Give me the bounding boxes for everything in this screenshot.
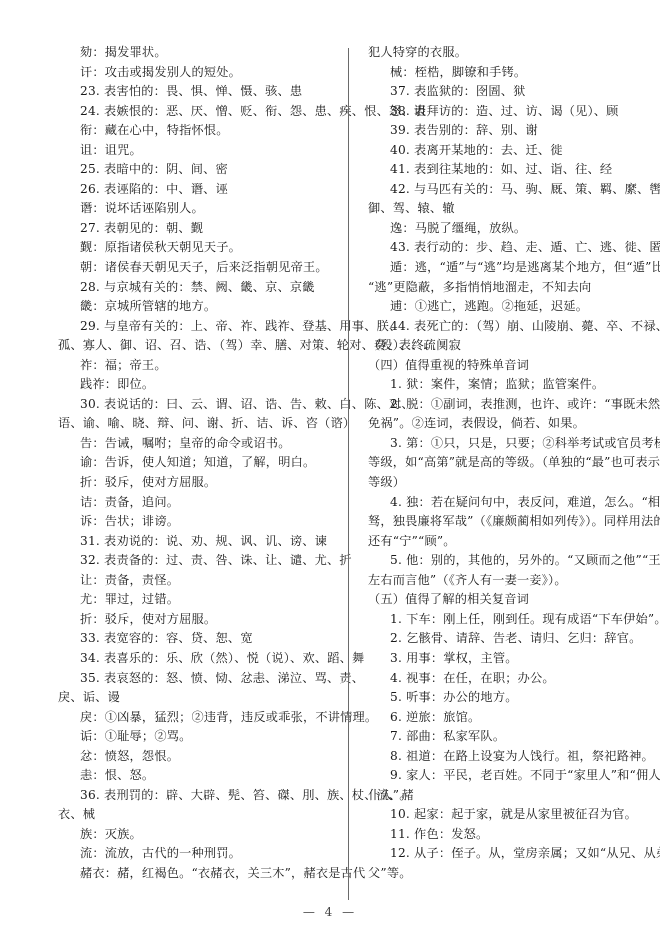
text-line: 等级，如“高第”就是高的等级。（单独的“最”也可表示 [368,453,650,473]
text-line: 戾、诟、谩 [58,688,343,708]
text-line: 御、驾、辕、辙 [368,199,650,219]
text-line: 流：流放，古代的一种刑罚。 [58,844,343,864]
text-line: 诅：诅咒。 [58,141,343,161]
text-line: 畿：京城所管辖的地方。 [58,297,343,317]
text-line: 仆人”。 [368,786,650,806]
text-line: 逸：马脱了缰绳，放纵。 [368,219,650,239]
text-line: 9. 家人：平民，老百姓。不同于“家里人”和“佣人、 [368,766,650,786]
text-line: 朝：诸侯春天朝见天子，后来泛指朝见帝王。 [58,258,343,278]
text-line: （殁）、终、阒寂 [368,336,650,356]
text-line: 32. 表责备的：过、责、咎、诛、让、谴、尤、折 [58,551,343,571]
text-line: 36. 表刑罚的：辟、大辟、髡、笞、磔、刖、族、杖、流、赭 [58,786,343,806]
text-line: 11. 作色：发怒。 [368,825,650,845]
text-line: 12. 从子：侄子。从，堂房亲属；又如“从兄、从弟、从 [368,844,650,864]
text-line: 诘：责备，追问。 [58,493,343,513]
text-line: 衣、械 [58,805,343,825]
text-line: 折：驳斥，使对方屈服。 [58,473,343,493]
text-line: 告：告诫，嘱咐；皇帝的命令或诏书。 [58,434,343,454]
text-line: 42. 与马匹有关的：马、驹、厩、策、羁、縻、辔、逸、驭、 [368,180,650,200]
text-line: 28. 与京城有关的：禁、阙、畿、京、京畿 [58,278,343,298]
text-line: 驽，独畏廉将军哉”（《廉颇蔺相如列传》）。同样用法的 [368,512,650,532]
text-line: 8. 祖道：在路上设宴为人饯行。祖，祭祀路神。 [368,747,650,767]
text-line: 犯人特穿的衣服。 [368,43,650,63]
text-line: 26. 表诬陷的：中、谮、诬 [58,180,343,200]
page-number: — 4 — [0,905,660,919]
text-line: 衔：藏在心中，特指怀恨。 [58,121,343,141]
text-line: 4. 独：若在疑问句中，表反问，难道，怎么。“相如虽 [368,493,650,513]
text-line: 27. 表朝见的：朝、觐 [58,219,343,239]
left-column: 劾：揭发罪状。讦：攻击或揭发别人的短处。23. 表害怕的：畏、惧、惮、慑、骇、患… [58,43,343,884]
column-divider [348,48,349,900]
text-line: （四）值得重视的特殊单音词 [368,356,650,376]
text-line: （五）值得了解的相关复音词 [368,590,650,610]
text-line: 1. 狱：案件，案情；监狱；监管案件。 [368,375,650,395]
text-line: 1. 下车：刚上任，刚到任。现有成语“下车伊始”。 [368,610,650,630]
text-line: 40. 表离开某地的：去、迁、徙 [368,141,650,161]
text-line: 6. 逆旅：旅馆。 [368,708,650,728]
text-line: 让：责备，责怪。 [58,571,343,591]
text-line: 24. 表嫉恨的：恶、厌、憎、贬、衔、怨、患、疾、恨、怒、诅 [58,102,343,122]
text-line: 34. 表喜乐的：乐、欣（然）、悦（说）、欢、蹈、舞 [58,649,343,669]
text-line: 2. 乞骸骨、请辞、告老、请归、乞归：辞官。 [368,629,650,649]
text-line: 谮：说坏话诬陷别人。 [58,199,343,219]
text-line: 43. 表行动的：步、趋、走、遁、亡、逃、徙、匿、逋 [368,238,650,258]
text-line: 折：驳斥，使对方屈服。 [58,610,343,630]
text-line: 恚：恨、怒。 [58,766,343,786]
text-line: 33. 表宽容的：容、贷、恕、宽 [58,629,343,649]
text-line: 39. 表告别的：辞、别、谢 [368,121,650,141]
text-line: “逃”更隐蔽，多指悄悄地溜走，不知去向 [368,278,650,298]
text-line: 戾：①凶暴，猛烈；②违背，违反或乖张，不讲情理。 [58,708,343,728]
text-line: 孤、寡人、御、诏、召、诰、（驾）幸、膳、对策、轮对、奏、表、疏 [58,336,343,356]
text-line: 尤：罪过，过错。 [58,590,343,610]
text-line: 等级） [368,473,650,493]
text-line: 诟：①耻辱；②骂。 [58,727,343,747]
text-line: 29. 与皇帝有关的：上、帝、祚、践祚、登基、用事、朕、 [58,317,343,337]
text-line: 44. 表死亡的：（驾）崩、山陵崩、薨、卒、不禄、死、没 [368,317,650,337]
right-column: 犯人特穿的衣服。械：桎梏，脚镣和手铐。37. 表监狱的：囹圄、狱38. 表拜访的… [368,43,650,884]
text-line: 逋：①逃亡，逃跑。②拖延，迟延。 [368,297,650,317]
text-line: 25. 表暗中的：阴、间、密 [58,160,343,180]
text-line: 遁：逃，“遁”与“逃”均是逃离某个地方，但“遁”比 [368,258,650,278]
text-line: 祚：福；帝王。 [58,356,343,376]
text-line: 语、谕、喻、晓、辩、问、谢、折、诘、诉、咨（谘） [58,414,343,434]
text-line: 7. 部曲：私家军队。 [368,727,650,747]
text-line: 3. 第：①只，只是，只要；②科举考试或官员考核的 [368,434,650,454]
text-line: 2. 脱：①副词，表推测，也许、或许：“事既未然，脱可 [368,395,650,415]
text-line: 免祸”。②连词，表假设，倘若、如果。 [368,414,650,434]
text-line: 讦：攻击或揭发别人的短处。 [58,63,343,83]
text-line: 械：桎梏，脚镣和手铐。 [368,63,650,83]
text-line: 觐：原指诸侯秋天朝见天子。 [58,238,343,258]
text-line: 38. 表拜访的：造、过、访、谒（见）、顾 [368,102,650,122]
text-line: 赭衣：赭，红褐色。“衣赭衣，关三木”，赭衣是古代 [58,864,343,884]
text-line: 劾：揭发罪状。 [58,43,343,63]
text-line: 诉：告状；诽谤。 [58,512,343,532]
text-line: 37. 表监狱的：囹圄、狱 [368,82,650,102]
text-line: 23. 表害怕的：畏、惧、惮、慑、骇、患 [58,82,343,102]
text-line: 30. 表说话的：曰、云、谓、诏、诰、告、敕、白、陈、对、 [58,395,343,415]
text-line: 忿：愤怒，怨恨。 [58,747,343,767]
text-line: 践祚：即位。 [58,375,343,395]
text-line: 谕：告诉，使人知道；知道，了解，明白。 [58,453,343,473]
text-line: 35. 表哀怒的：怒、愤、恸、忿恚、涕泣、骂、责、 [58,669,343,689]
text-line: 5. 听事：办公的地方。 [368,688,650,708]
text-line: 5. 他：别的，其他的，另外的。“又顾而之他”“王顾 [368,551,650,571]
text-line: 10. 起家：起于家，就是从家里被征召为官。 [368,805,650,825]
text-line: 族：灭族。 [58,825,343,845]
text-line: 父”等。 [368,864,650,884]
text-line: 左右而言他”（《齐人有一妻一妾》）。 [368,571,650,591]
text-line: 还有“宁”“顾”。 [368,532,650,552]
text-line: 4. 视事：在任，在职；办公。 [368,669,650,689]
text-line: 3. 用事：掌权，主管。 [368,649,650,669]
text-line: 41. 表到往某地的：如、过、诣、往、经 [368,160,650,180]
text-line: 31. 表劝说的：说、劝、规、讽、讥、谤、谏 [58,532,343,552]
